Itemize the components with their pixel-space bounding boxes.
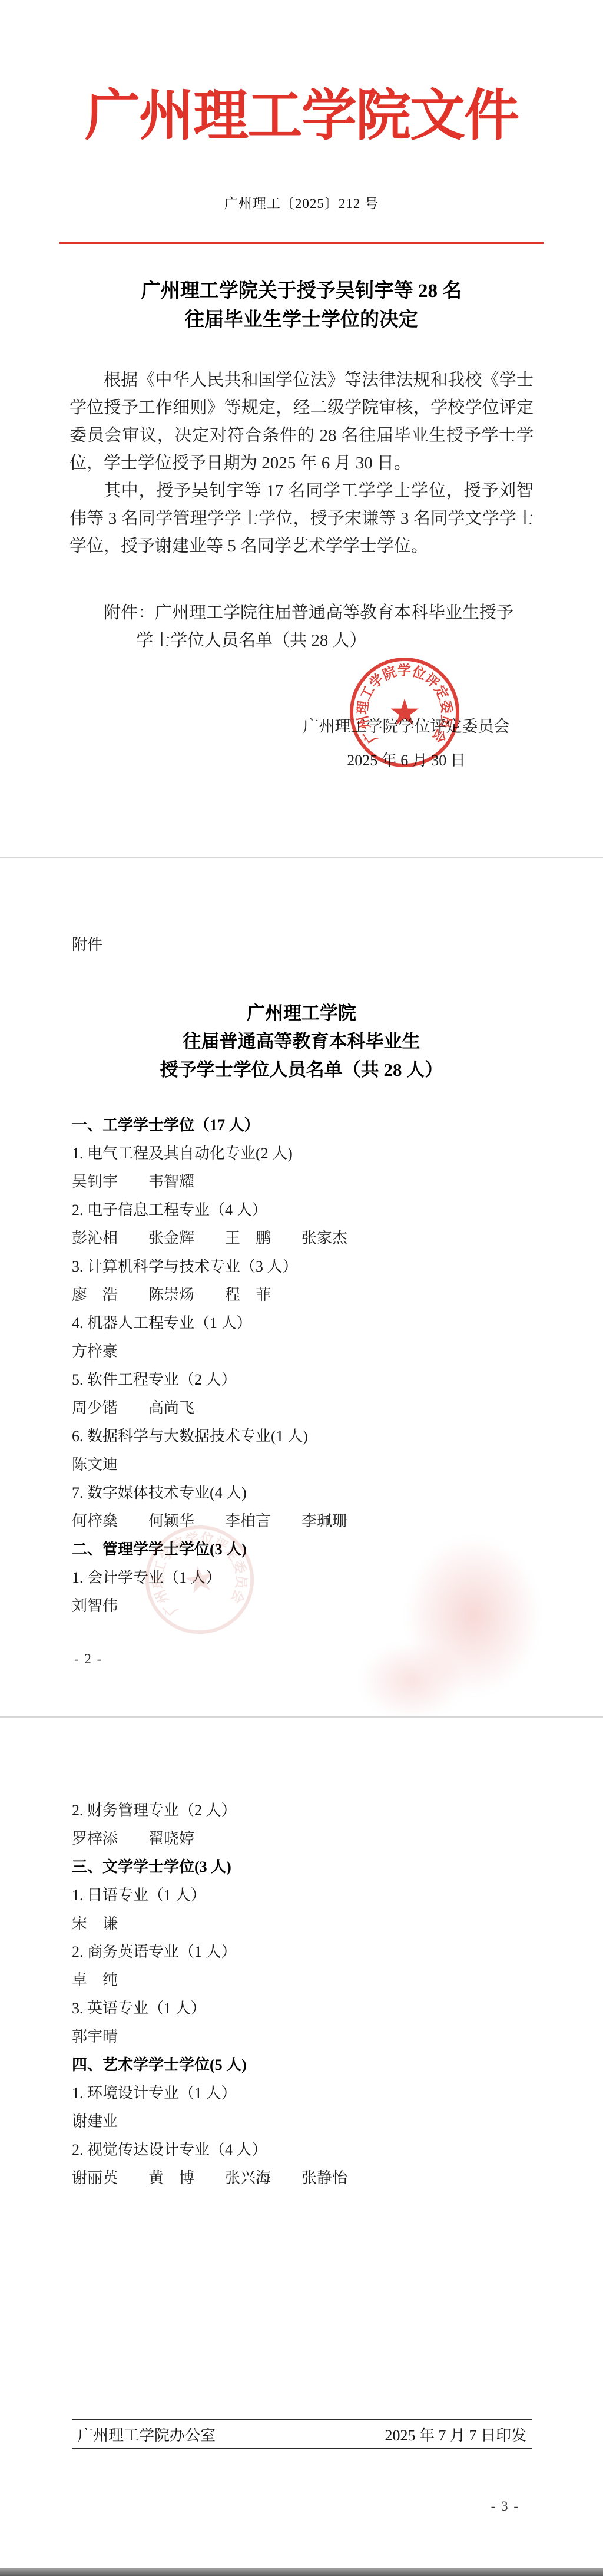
roster-continued: 2. 财务管理专业（2 人）罗梓添 翟晓婷三、文学学士学位(3 人)1. 日语专… — [0, 1718, 603, 2192]
roster-heading-list-title: 授予学士学位人员名单（共 28 人） — [0, 1056, 603, 1084]
page-1: 广州理工学院文件 广州理工〔2025〕212 号 广州理工学院关于授予吴钊宇等 … — [0, 0, 603, 858]
major-heading: 7. 数字媒体技术专业(4 人) — [72, 1479, 550, 1507]
red-separator-line — [59, 242, 544, 244]
graduate-names: 罗梓添 翟晓婷 — [72, 1825, 550, 1853]
document-title-line1: 广州理工学院关于授予吴钊宇等 28 名 — [95, 277, 508, 306]
document-number: 广州理工〔2025〕212 号 — [0, 193, 603, 212]
degree-section-heading: 二、管理学学士学位(3 人) — [72, 1535, 550, 1564]
attachment-label: 附件 — [0, 858, 603, 955]
ink-bleed-smudge — [359, 1642, 465, 1718]
attachment-reference-line1: 附件：广州理工学院往届普通高等教育本科毕业生授予 — [69, 599, 534, 627]
signature-block: 广州理工学院学位评定委员会 2025 年 6 月 30 日 — [297, 714, 516, 770]
scanned-document: 广州理工学院文件 广州理工〔2025〕212 号 广州理工学院关于授予吴钊宇等 … — [0, 0, 603, 2576]
imprint-block: 广州理工学院办公室 2025 年 7 月 7 日印发 — [72, 2419, 532, 2449]
attachment-reference: 附件：广州理工学院往届普通高等教育本科毕业生授予 学士学位人员名单（共 28 人… — [69, 599, 534, 655]
imprint-row: 广州理工学院办公室 2025 年 7 月 7 日印发 — [72, 2420, 532, 2448]
roster-heading-school: 广州理工学院 — [0, 999, 603, 1028]
issuing-committee: 广州理工学院学位评定委员会 — [297, 714, 516, 737]
document-title-line2: 往届毕业生学士学位的决定 — [95, 306, 508, 335]
print-date: 2025 年 7 月 7 日印发 — [385, 2423, 526, 2445]
graduate-names: 周少锴 高尚飞 — [72, 1394, 550, 1422]
body-paragraph: 其中，授予吴钊宇等 17 名同学工学学士学位，授予刘智伟等 3 名同学管理学学士… — [69, 477, 534, 560]
degree-section-heading: 一、工学学士学位（17 人） — [72, 1111, 550, 1140]
body-paragraph: 根据《中华人民共和国学位法》等法律法规和我校《学士学位授予工作细则》等规定，经二… — [69, 366, 534, 477]
major-heading: 4. 机器人工程专业（1 人） — [72, 1309, 550, 1337]
page-number: - 2 - — [74, 1652, 102, 1667]
major-heading: 1. 日语专业（1 人） — [72, 1881, 550, 1910]
degree-section-heading: 三、文学学士学位(3 人) — [72, 1853, 550, 1881]
major-heading: 5. 软件工程专业（2 人） — [72, 1366, 550, 1394]
page-3: 2. 财务管理专业（2 人）罗梓添 翟晓婷三、文学学士学位(3 人)1. 日语专… — [0, 1718, 603, 2576]
major-heading: 1. 会计学专业（1 人） — [72, 1564, 550, 1592]
roster-heading: 广州理工学院 往届普通高等教育本科毕业生 授予学士学位人员名单（共 28 人） — [0, 999, 603, 1084]
graduate-names: 廖 浩 陈崇炀 程 菲 — [72, 1281, 550, 1309]
graduate-names: 谢建业 — [72, 2108, 550, 2136]
major-heading: 1. 电气工程及其自动化专业(2 人) — [72, 1140, 550, 1168]
scan-edge-bar — [0, 2568, 603, 2576]
major-heading: 2. 电子信息工程专业（4 人） — [72, 1196, 550, 1224]
document-title: 广州理工学院关于授予吴钊宇等 28 名 往届毕业生学士学位的决定 — [95, 277, 508, 335]
major-heading: 6. 数据科学与大数据技术专业(1 人) — [72, 1422, 550, 1451]
graduate-names: 卓 纯 — [72, 1966, 550, 1994]
graduate-names: 郭宇晴 — [72, 2023, 550, 2051]
footer-rule-bottom — [72, 2448, 532, 2449]
major-heading: 2. 视觉传达设计专业（4 人） — [72, 2136, 550, 2164]
document-body: 根据《中华人民共和国学位法》等法律法规和我校《学士学位授予工作细则》等规定，经二… — [69, 366, 534, 560]
degree-section-heading: 四、艺术学学士学位(5 人) — [72, 2051, 550, 2079]
graduate-names: 陈文迪 — [72, 1451, 550, 1479]
graduate-names: 彭沁相 张金辉 王 鹏 张家杰 — [72, 1224, 550, 1253]
roster-list-page2: 一、工学学士学位（17 人）1. 电气工程及其自动化专业(2 人)吴钊宇 韦智耀… — [72, 1111, 550, 1620]
graduate-names: 吴钊宇 韦智耀 — [72, 1168, 550, 1196]
major-heading: 2. 财务管理专业（2 人） — [72, 1796, 550, 1825]
major-heading: 1. 环境设计专业（1 人） — [72, 2079, 550, 2108]
issuing-office: 广州理工学院办公室 — [78, 2423, 216, 2445]
major-heading: 2. 商务英语专业（1 人） — [72, 1938, 550, 1966]
graduate-names: 方梓豪 — [72, 1337, 550, 1366]
graduate-names: 刘智伟 — [72, 1592, 550, 1620]
issue-date: 2025 年 6 月 30 日 — [297, 748, 516, 770]
roster-heading-cohort: 往届普通高等教育本科毕业生 — [0, 1028, 603, 1056]
attachment-reference-line2: 学士学位人员名单（共 28 人） — [69, 627, 534, 655]
page-number: - 3 - — [491, 2499, 519, 2514]
graduate-names: 宋 谦 — [72, 1910, 550, 1938]
letterhead-title: 广州理工学院文件 — [0, 87, 603, 146]
major-heading: 3. 计算机科学与技术专业（3 人） — [72, 1253, 550, 1281]
major-heading: 3. 英语专业（1 人） — [72, 1994, 550, 2023]
graduate-names: 何梓燊 何颖华 李柏言 李珮珊 — [72, 1507, 550, 1535]
roster-list-page3: 2. 财务管理专业（2 人）罗梓添 翟晓婷三、文学学士学位(3 人)1. 日语专… — [72, 1796, 550, 2192]
page-2: 附件 广州理工学院 往届普通高等教育本科毕业生 授予学士学位人员名单（共 28 … — [0, 858, 603, 1718]
graduate-names: 谢丽英 黄 博 张兴海 张静怡 — [72, 2164, 550, 2192]
